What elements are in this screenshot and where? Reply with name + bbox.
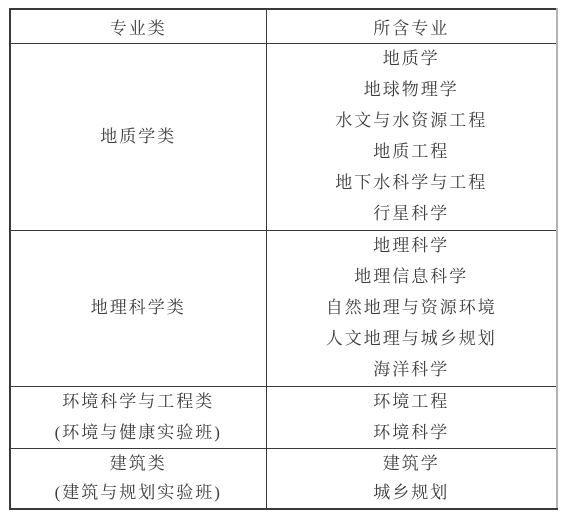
- category-subtitle: (建筑与规划实验班): [55, 483, 222, 503]
- category-label: 地质学类: [11, 127, 266, 147]
- major-item: 地质工程: [373, 142, 449, 162]
- major-item: 行星科学: [373, 204, 449, 224]
- table-row: 地质学类 地质学 地球物理学 水文与水资源工程 地质工程 地下水科学与工程 行星…: [10, 44, 557, 231]
- category-lines: 建筑类 (建筑与规划实验班): [11, 449, 266, 508]
- majors-list: 环境工程 环境科学: [267, 387, 557, 448]
- majors-list: 地理科学 地理信息科学 自然地理与资源环境 人文地理与城乡规划 海洋科学: [267, 231, 557, 386]
- major-item: 环境科学: [373, 423, 449, 443]
- category-cell: 环境科学与工程类 (环境与健康实验班): [10, 387, 266, 449]
- major-item: 人文地理与城乡规划: [326, 329, 497, 349]
- major-item: 水文与水资源工程: [335, 111, 487, 131]
- major-item: 地理科学: [373, 236, 449, 256]
- category-label: 环境科学与工程类: [62, 392, 214, 412]
- majors-cell: 地理科学 地理信息科学 自然地理与资源环境 人文地理与城乡规划 海洋科学: [266, 231, 557, 387]
- category-cell: 地质学类: [10, 44, 266, 231]
- category-subtitle: (环境与健康实验班): [55, 423, 222, 443]
- category-cell: 地理科学类: [10, 231, 266, 387]
- major-item: 地理信息科学: [354, 267, 468, 287]
- major-item: 环境工程: [373, 392, 449, 412]
- majors-cell: 建筑学 城乡规划: [266, 449, 557, 510]
- category-label: 地理科学类: [11, 298, 266, 318]
- header-major-category: 专业类: [10, 9, 266, 44]
- document-page: 专业类 所含专业 地质学类 地质学 地球物理学 水文与水资源工程 地质工程 地下…: [0, 0, 566, 517]
- category-label: 建筑类: [110, 454, 167, 474]
- table-row: 建筑类 (建筑与规划实验班) 建筑学 城乡规划: [10, 449, 557, 510]
- major-item: 地质学: [383, 49, 440, 69]
- major-item: 自然地理与资源环境: [326, 298, 497, 318]
- header-row: 专业类 所含专业: [10, 9, 557, 44]
- category-cell: 建筑类 (建筑与规划实验班): [10, 449, 266, 510]
- table-row: 地理科学类 地理科学 地理信息科学 自然地理与资源环境 人文地理与城乡规划 海洋…: [10, 231, 557, 387]
- table-row: 环境科学与工程类 (环境与健康实验班) 环境工程 环境科学: [10, 387, 557, 449]
- major-item: 建筑学: [383, 454, 440, 474]
- major-item: 地下水科学与工程: [335, 173, 487, 193]
- major-item: 城乡规划: [373, 483, 449, 503]
- majors-list: 建筑学 城乡规划: [267, 449, 557, 508]
- majors-cell: 环境工程 环境科学: [266, 387, 557, 449]
- majors-table: 专业类 所含专业 地质学类 地质学 地球物理学 水文与水资源工程 地质工程 地下…: [9, 8, 558, 510]
- majors-list: 地质学 地球物理学 水文与水资源工程 地质工程 地下水科学与工程 行星科学: [267, 44, 557, 230]
- major-item: 地球物理学: [364, 80, 459, 100]
- majors-cell: 地质学 地球物理学 水文与水资源工程 地质工程 地下水科学与工程 行星科学: [266, 44, 557, 231]
- header-included-majors: 所含专业: [266, 9, 557, 44]
- major-item: 海洋科学: [373, 360, 449, 380]
- category-lines: 环境科学与工程类 (环境与健康实验班): [11, 387, 266, 448]
